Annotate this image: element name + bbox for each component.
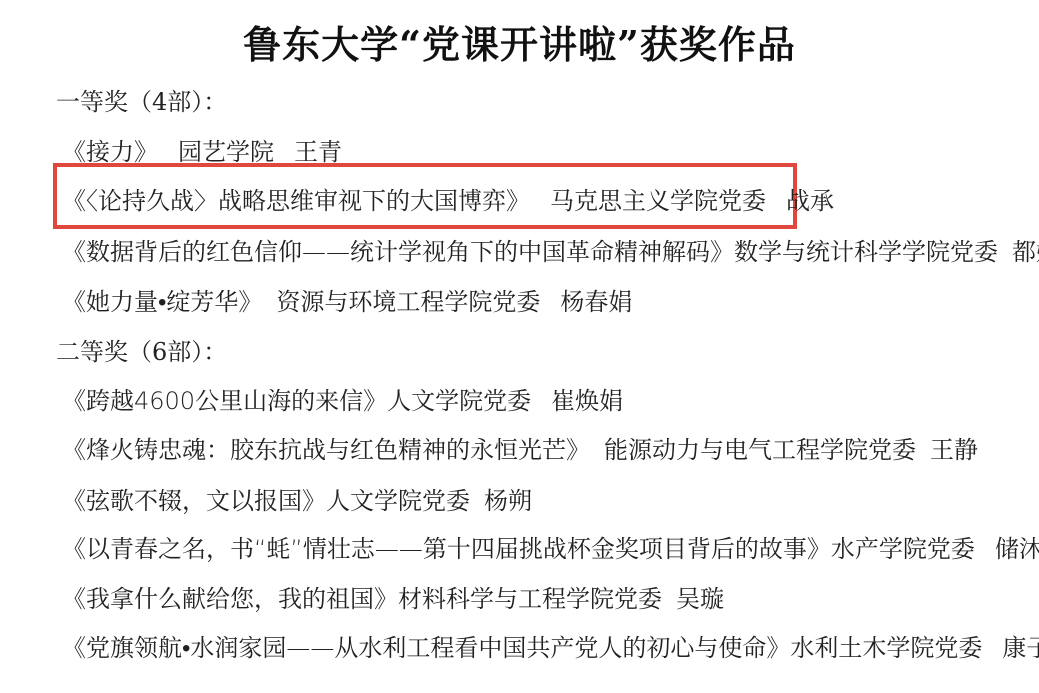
work-title: 《以青春之名，书“蚝”情壮志——第十四届挑战杯金奖项目背后的故事》 bbox=[62, 529, 831, 564]
award-entry: 《她力量•绽芳华》资源与环境工程学院党委杨春娟 bbox=[62, 282, 632, 317]
work-author: 王青 bbox=[294, 132, 342, 167]
work-author: 杨朔 bbox=[484, 481, 532, 516]
work-unit: 能源动力与电气工程学院党委 bbox=[604, 430, 916, 465]
award-entry: 《跨越4600公里山海的来信》人文学院党委崔焕娟 bbox=[62, 381, 623, 416]
award-entry: 《以青春之名，书“蚝”情壮志——第十四届挑战杯金奖项目背后的故事》水产学院党委储… bbox=[62, 529, 1039, 564]
work-unit: 马克思主义学院党委 bbox=[550, 181, 766, 216]
work-title: 《跨越4600公里山海的来信》 bbox=[62, 381, 387, 416]
work-author: 康子菡 bbox=[1002, 628, 1039, 663]
section-heading-second-prize: 二等奖（6部）： bbox=[56, 332, 227, 367]
work-author: 杨春娟 bbox=[560, 282, 632, 317]
award-entry: 《烽火铸忠魂：胶东抗战与红色精神的永恒光芒》能源动力与电气工程学院党委王静 bbox=[62, 430, 978, 465]
work-unit: 数学与统计科学学院党委 bbox=[734, 232, 998, 267]
work-unit: 材料科学与工程学院党委 bbox=[398, 579, 662, 614]
award-entry: 《我拿什么献给您，我的祖国》材料科学与工程学院党委吴璇 bbox=[62, 579, 724, 614]
work-unit: 人文学院党委 bbox=[387, 381, 531, 416]
work-title: 《烽火铸忠魂：胶东抗战与红色精神的永恒光芒》 bbox=[62, 430, 590, 465]
award-entry: 《党旗领航•水润家园——从水利工程看中国共产党人的初心与使命》水利土木学院党委康… bbox=[62, 628, 1039, 663]
work-unit: 园艺学院 bbox=[178, 132, 274, 167]
award-entry: 《弦歌不辍，文以报国》人文学院党委杨朔 bbox=[62, 481, 532, 516]
work-title: 《她力量•绽芳华》 bbox=[62, 282, 262, 317]
work-author: 储沐阳 bbox=[995, 529, 1039, 564]
work-title: 《接力》 bbox=[62, 132, 158, 167]
work-title: 《数据背后的红色信仰——统计学视角下的中国革命精神解码》 bbox=[62, 232, 734, 267]
work-title: 《〈论持久战〉战略思维审视下的大国博弈》 bbox=[62, 181, 530, 216]
work-author: 都婷婷 李娟 bbox=[1012, 232, 1039, 267]
work-unit: 资源与环境工程学院党委 bbox=[276, 282, 540, 317]
award-entry-highlighted: 《〈论持久战〉战略思维审视下的大国博弈》马克思主义学院党委战承 bbox=[62, 181, 834, 216]
work-unit: 水利土木学院党委 bbox=[790, 628, 982, 663]
award-entry: 《接力》园艺学院王青 bbox=[62, 132, 342, 167]
work-unit: 水产学院党委 bbox=[831, 529, 975, 564]
work-author: 吴璇 bbox=[676, 579, 724, 614]
work-title: 《党旗领航•水润家园——从水利工程看中国共产党人的初心与使命》 bbox=[62, 628, 790, 663]
document-title: 鲁东大学“党课开讲啦”获奖作品 bbox=[0, 14, 1039, 69]
award-entry: 《数据背后的红色信仰——统计学视角下的中国革命精神解码》数学与统计科学学院党委都… bbox=[62, 232, 1039, 267]
work-title: 《弦歌不辍，文以报国》 bbox=[62, 481, 326, 516]
work-author: 王静 bbox=[930, 430, 978, 465]
work-title: 《我拿什么献给您，我的祖国》 bbox=[62, 579, 398, 614]
work-author: 战承 bbox=[786, 181, 834, 216]
section-heading-first-prize: 一等奖（4部）： bbox=[56, 82, 227, 117]
work-unit: 人文学院党委 bbox=[326, 481, 470, 516]
work-author: 崔焕娟 bbox=[551, 381, 623, 416]
